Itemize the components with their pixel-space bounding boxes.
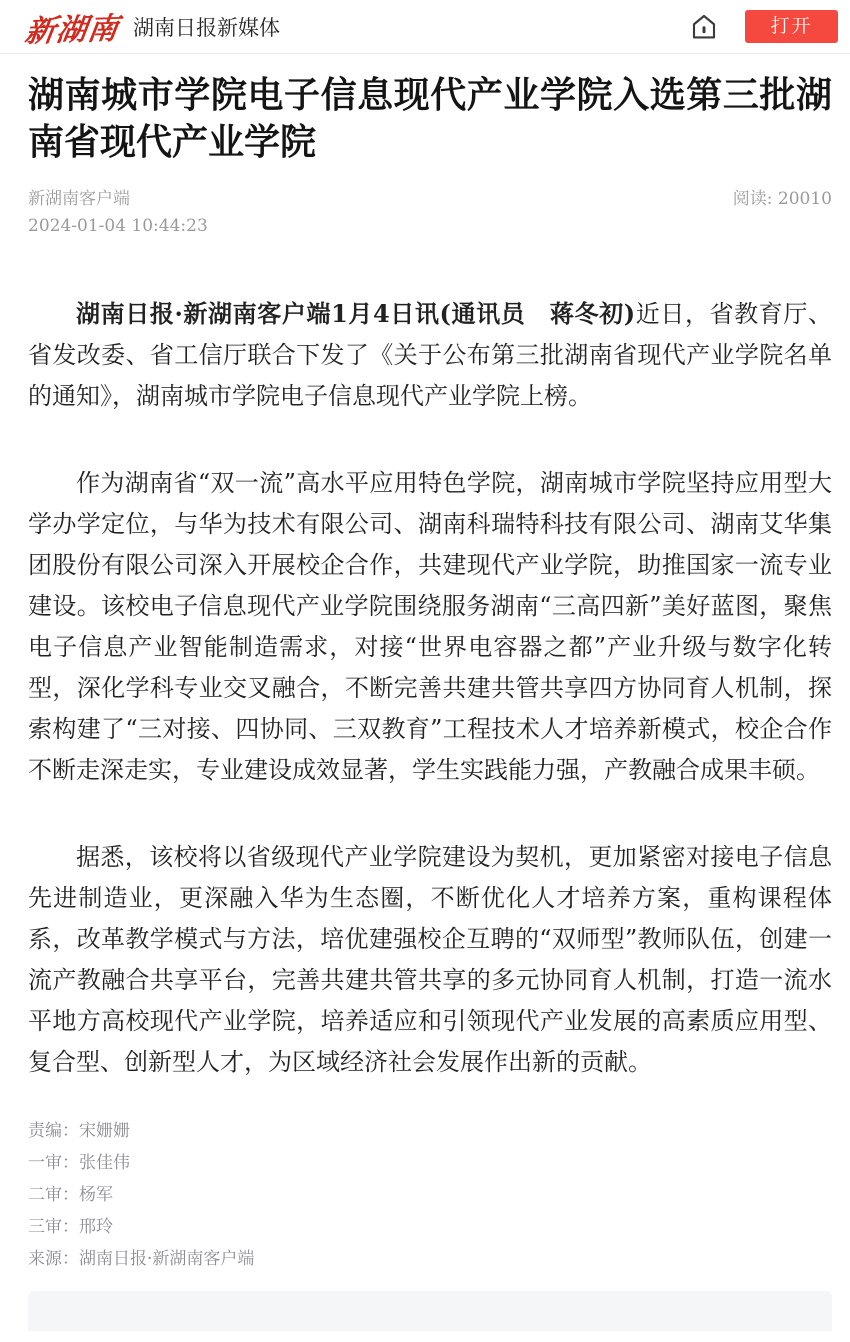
article-paragraph: 作为湖南省“双一流”高水平应用特色学院，湖南城市学院坚持应用型大学办学定位，与华… [28, 463, 832, 791]
credit-line: 责编：宋姗姗 [28, 1115, 832, 1147]
article-paragraph: 据悉，该校将以省级现代产业学院建设为契机，更加紧密对接电子信息先进制造业，更深融… [28, 837, 832, 1083]
article-title: 湖南城市学院电子信息现代产业学院入选第三批湖南省现代产业学院 [28, 72, 832, 166]
credit-line: 三审：邢玲 [28, 1211, 832, 1243]
open-app-button[interactable]: 打开 [745, 10, 838, 43]
xinhunan-logo[interactable]: 新湖南 [23, 3, 123, 50]
article-datetime: 2024-01-04 10:44:23 [28, 213, 208, 240]
credit-line: 二审：杨军 [28, 1179, 832, 1211]
article-meta-left: 新湖南客户端 2024-01-04 10:44:23 [28, 186, 208, 240]
credit-line: 来源：湖南日报·新湖南客户端 [28, 1243, 832, 1275]
credit-line: 一审：张佳伟 [28, 1147, 832, 1179]
header: 新湖南 湖南日报新媒体 打开 [0, 0, 850, 54]
paragraph-lead: 湖南日报·新湖南客户端1月4日讯(通讯员 蒋冬初) [76, 299, 635, 328]
brand-title: 湖南日报新媒体 [133, 12, 280, 42]
read-count: 阅读: 20010 [733, 186, 832, 213]
bottom-panel [28, 1291, 832, 1331]
article-page: 湖南城市学院电子信息现代产业学院入选第三批湖南省现代产业学院 新湖南客户端 20… [0, 72, 850, 1331]
home-icon [689, 12, 719, 42]
article-source: 新湖南客户端 [28, 186, 208, 213]
article-paragraph: 湖南日报·新湖南客户端1月4日讯(通讯员 蒋冬初)近日，省教育厅、省发改委、省工… [28, 293, 832, 417]
article-credits: 责编：宋姗姗一审：张佳伟二审：杨军三审：邢玲来源：湖南日报·新湖南客户端 [28, 1115, 832, 1275]
article-body: 湖南日报·新湖南客户端1月4日讯(通讯员 蒋冬初)近日，省教育厅、省发改委、省工… [28, 293, 832, 1083]
home-button[interactable] [687, 10, 721, 44]
article-meta: 新湖南客户端 2024-01-04 10:44:23 阅读: 20010 [28, 186, 832, 240]
